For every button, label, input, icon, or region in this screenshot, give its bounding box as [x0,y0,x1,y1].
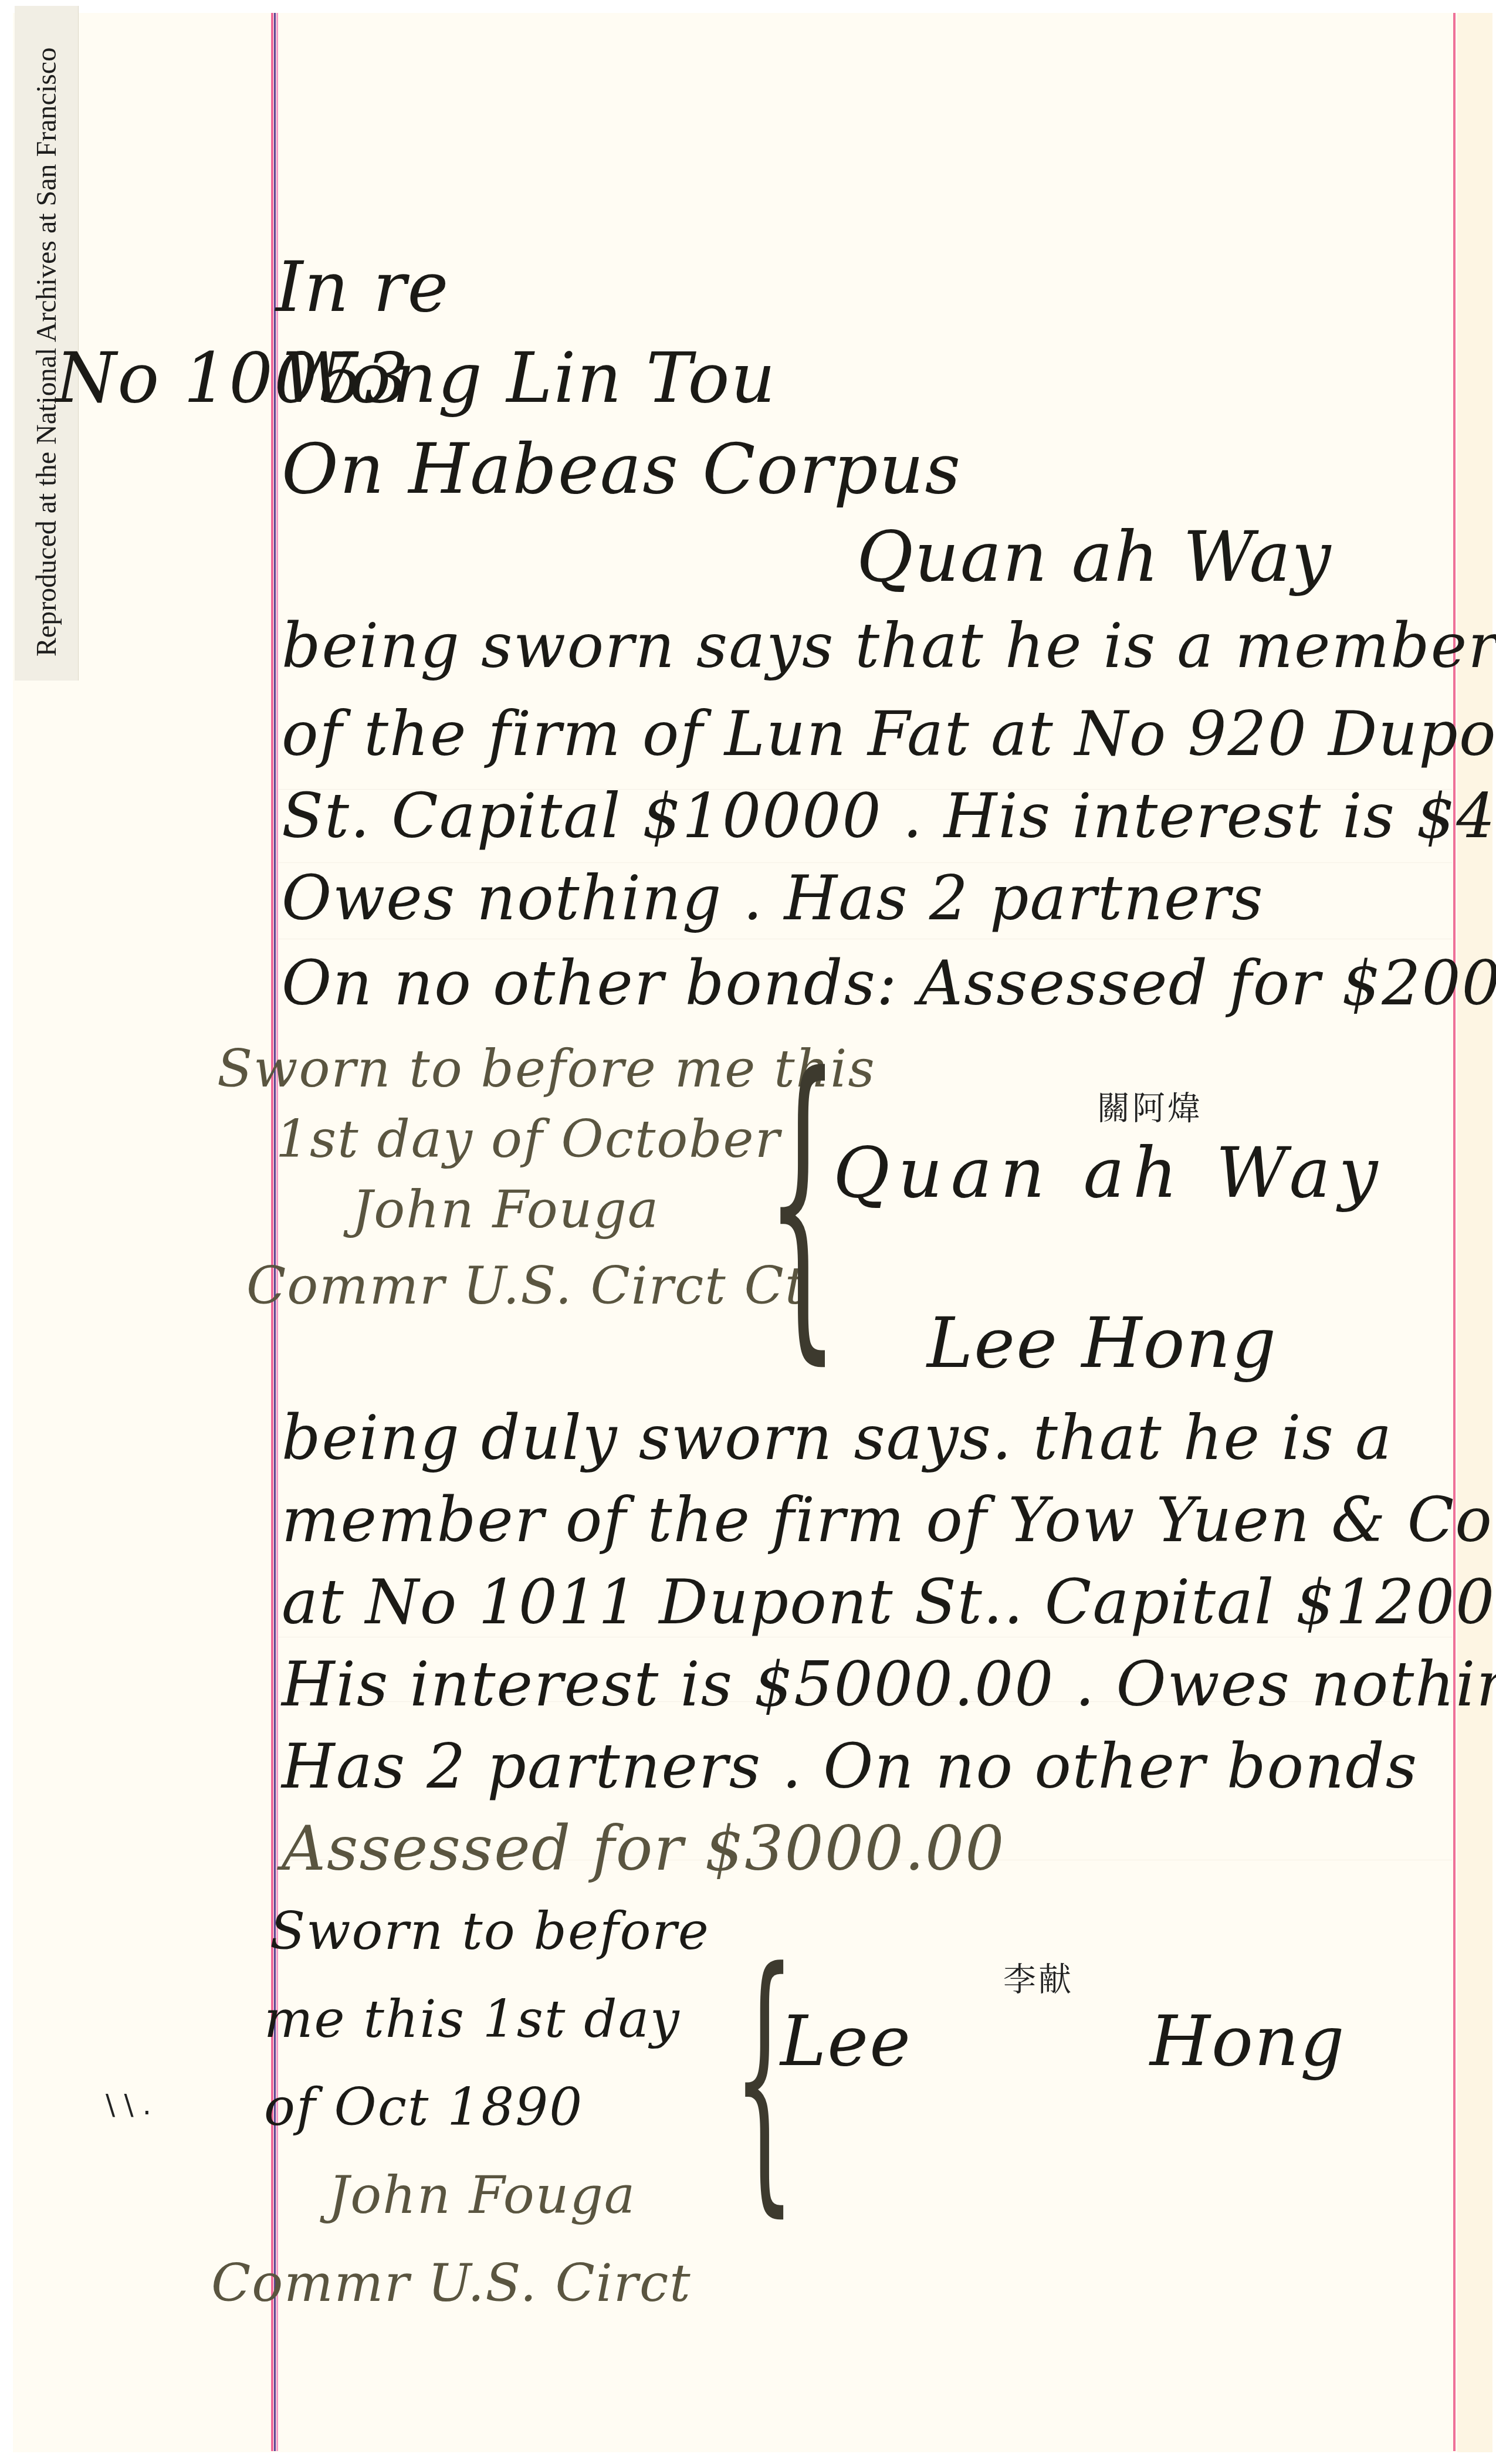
affidavit-1-line: St. Capital $10000 . His interest is $40… [282,780,1496,852]
paper-edge [1457,13,1492,2452]
jurat-2-title: Commr U.S. Circt [211,2253,692,2313]
ruled-line [279,939,1452,939]
caption-petitioner: Wong Lin Tou [282,337,777,418]
affidavit-2-line: member of the firm of Yow Yuen & Co [282,1484,1493,1556]
signature-1: Quan ah Way [833,1132,1386,1213]
affidavit-2-assessment: Assessed for $3000.00 [282,1813,1005,1884]
brace-1: { [766,1009,840,1392]
affiant-1-name: Quan ah Way [857,516,1332,597]
jurat-2-line: me this 1st day [264,1989,681,2049]
chinese-signature-1: 關阿煒 [1097,1082,1203,1129]
caption-habeas-corpus: On Habeas Corpus [282,428,962,509]
jurat-2-commissioner: John Fouga [329,2165,636,2225]
right-margin-line [1453,13,1456,2451]
signature-2-first: Lee [780,2001,912,2081]
affidavit-1-line: On no other bonds: Assessed for $2000 [282,947,1496,1019]
affidavit-2-line: Has 2 partners . On no other bonds [282,1731,1418,1802]
affidavit-1-line: of the firm of Lun Fat at No 920 Dupont [282,698,1496,770]
jurat-2-date: of Oct 1890 [264,2077,583,2137]
jurat-1-title: Commr U.S. Circt Ct [246,1255,807,1316]
chinese-signature-2: 李献 [1003,1954,1074,2001]
jurat-1-commissioner: John Fouga [352,1179,659,1240]
jurat-2-line: Sworn to before [270,1901,710,1961]
jurat-1-line: 1st day of October [276,1109,781,1169]
affidavit-2-line: at No 1011 Dupont St.. Capital $12000 [282,1566,1496,1638]
affidavit-2-line: His interest is $5000.00 . Owes nothing [282,1649,1496,1720]
affidavit-1-line: being sworn says that he is a member [282,610,1496,682]
affidavit-1-line: Owes nothing . Has 2 partners [282,862,1264,934]
caption-in-re: In re [276,246,449,327]
affiant-2-name: Lee Hong [927,1302,1277,1383]
signature-2-last: Hong [1150,2001,1345,2081]
affidavit-2-line: being duly sworn says. that he is a [282,1402,1393,1474]
ink-spots: \ \ . [106,2089,151,2121]
